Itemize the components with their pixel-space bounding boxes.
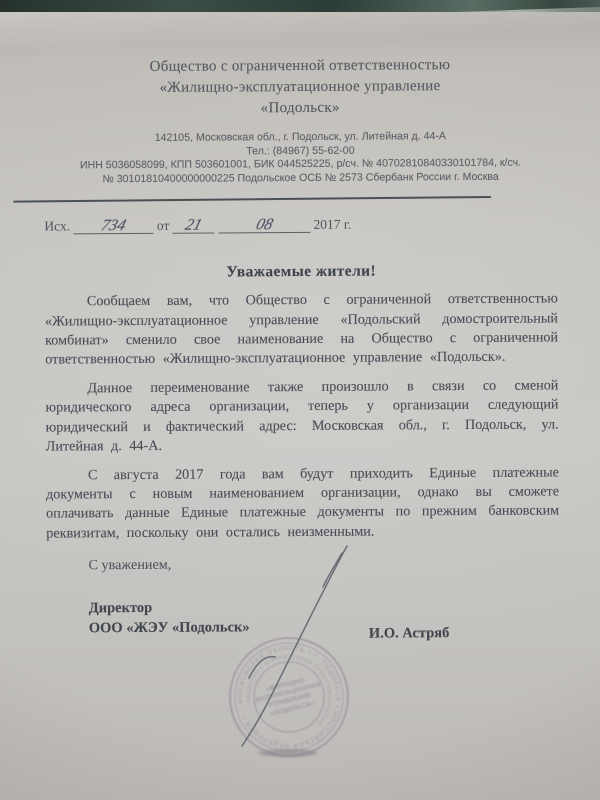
handwritten-outgoing-number: 734	[99, 217, 128, 235]
outgoing-day-blank: 21	[173, 217, 215, 234]
handwritten-month: 08	[254, 217, 275, 235]
org-name-header: Общество с ограниченной ответственностью…	[43, 54, 556, 120]
org-bank-details-line: № 30101810400000000225 Подольское ОСБ № …	[44, 170, 557, 187]
outgoing-label: Исх.	[44, 219, 70, 234]
org-contact-block: 142105, Московская обл., г. Подольск, ул…	[44, 129, 557, 187]
outgoing-from-label: от	[157, 218, 170, 233]
handwritten-signature	[215, 530, 375, 760]
outgoing-reference-line: Исх. 734 от 21 08 2017 г.	[44, 215, 557, 235]
outgoing-year-label: 2017 г.	[313, 217, 351, 232]
photo-of-document: Общество с ограниченной ответственностью…	[0, 0, 600, 800]
salutation: Уважаемые жители!	[45, 262, 558, 283]
org-name-line: «Подольск»	[44, 96, 557, 120]
paragraph-address-change: Данное переименование также произошло в …	[45, 377, 558, 457]
signer-name: И.О. Астряб	[369, 623, 450, 643]
outgoing-month-blank: 08	[218, 216, 310, 234]
handwritten-day: 21	[183, 217, 204, 235]
outgoing-number-blank: 734	[73, 217, 153, 234]
header-divider-line	[13, 196, 491, 203]
paragraph-renaming: Сообщаем вам, что Общество с ограниченно…	[45, 290, 558, 370]
letter-document: Общество с ограниченной ответственностью…	[0, 12, 600, 800]
